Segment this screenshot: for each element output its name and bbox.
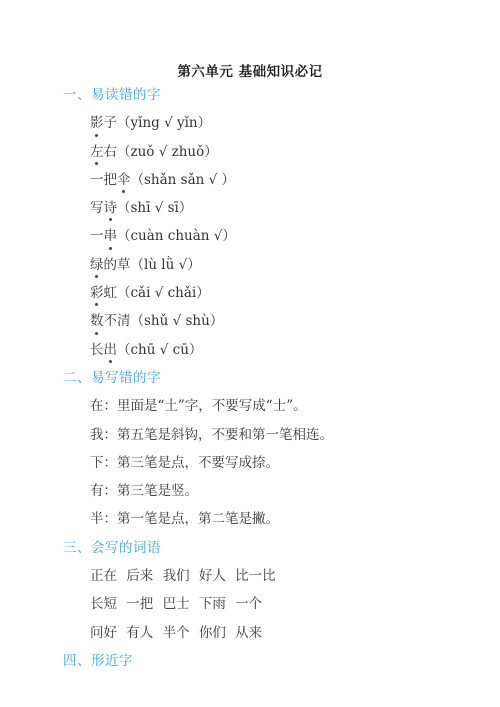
section-heading: 四、形近字 — [63, 647, 500, 675]
emphasized-char: 数 — [90, 307, 104, 335]
word-row: 问好 有人 半个 你们 从来 — [90, 619, 500, 647]
document-body: 一、易读错的字影子（yǐng √ yǐn）左右（zuǒ √ zhuǒ）一把伞（s… — [0, 81, 500, 675]
word-row: 长短 一把 巴士 下雨 一个 — [90, 590, 500, 618]
item-text-post: （shī √ sī） — [117, 200, 192, 216]
section-4: 四、形近字 — [0, 647, 500, 675]
item-text-pre: 长 — [90, 342, 104, 358]
word-row: 正在 后来 我们 好人 比一比 — [90, 562, 500, 590]
pinyin-item: 数不清（shǔ √ shù） — [90, 307, 500, 335]
section-heading: 二、易写错的字 — [63, 364, 500, 392]
pinyin-item: 一串（cuàn chuàn √） — [90, 222, 500, 250]
section-heading: 三、会写的词语 — [63, 534, 500, 562]
emphasized-char: 左 — [90, 138, 104, 166]
item-text-pre: 一 — [90, 228, 104, 244]
item-text-post: （shǎn sǎn √ ） — [131, 172, 236, 188]
emphasized-char: 影 — [90, 109, 104, 137]
item-text-post: 虹（cǎi √ chǎi） — [104, 285, 210, 301]
emphasized-char: 诗 — [104, 194, 118, 222]
pinyin-item: 左右（zuǒ √ zhuǒ） — [90, 138, 500, 166]
pinyin-item: 绿的草（lù lǜ √） — [90, 251, 500, 279]
emphasized-char: 彩 — [90, 279, 104, 307]
item-text-post: （chū √ cū） — [117, 342, 202, 358]
note-item: 下：第三笔是点，不要写成捺。 — [90, 449, 500, 477]
item-text-post: （cuàn chuàn √） — [117, 228, 236, 244]
note-item: 半：第一笔是点，第二笔是撇。 — [90, 505, 500, 533]
item-text-pre: 一把 — [90, 172, 117, 188]
item-text-post: 子（yǐng √ yǐn） — [104, 115, 212, 131]
item-text-post: 的草（lù lǜ √） — [104, 257, 201, 273]
emphasized-char: 串 — [104, 222, 118, 250]
section-1: 一、易读错的字影子（yǐng √ yǐn）左右（zuǒ √ zhuǒ）一把伞（s… — [0, 81, 500, 364]
item-text-pre: 写 — [90, 200, 104, 216]
emphasized-char: 绿 — [90, 251, 104, 279]
section-3: 三、会写的词语正在 后来 我们 好人 比一比长短 一把 巴士 下雨 一个问好 有… — [0, 534, 500, 647]
emphasized-char: 出 — [104, 336, 118, 364]
item-text-post: 右（zuǒ √ zhuǒ） — [104, 144, 218, 160]
pinyin-item: 长出（chū √ cū） — [90, 336, 500, 364]
emphasized-char: 伞 — [117, 166, 131, 194]
note-item: 我：第五笔是斜钩，不要和第一笔相连。 — [90, 421, 500, 449]
section-heading: 一、易读错的字 — [63, 81, 500, 109]
pinyin-item: 彩虹（cǎi √ chǎi） — [90, 279, 500, 307]
pinyin-item: 影子（yǐng √ yǐn） — [90, 109, 500, 137]
page-title: 第六单元 基础知识必记 — [0, 63, 500, 81]
section-2: 二、易写错的字在：里面是“土”字，不要写成“士”。我：第五笔是斜钩，不要和第一笔… — [0, 364, 500, 534]
pinyin-item: 一把伞（shǎn sǎn √ ） — [90, 166, 500, 194]
document-page: 第六单元 基础知识必记 一、易读错的字影子（yǐng √ yǐn）左右（zuǒ … — [0, 0, 500, 675]
note-item: 在：里面是“土”字，不要写成“士”。 — [90, 392, 500, 420]
item-text-post: 不清（shǔ √ shù） — [104, 313, 224, 329]
note-item: 有：第三笔是竖。 — [90, 477, 500, 505]
pinyin-item: 写诗（shī √ sī） — [90, 194, 500, 222]
